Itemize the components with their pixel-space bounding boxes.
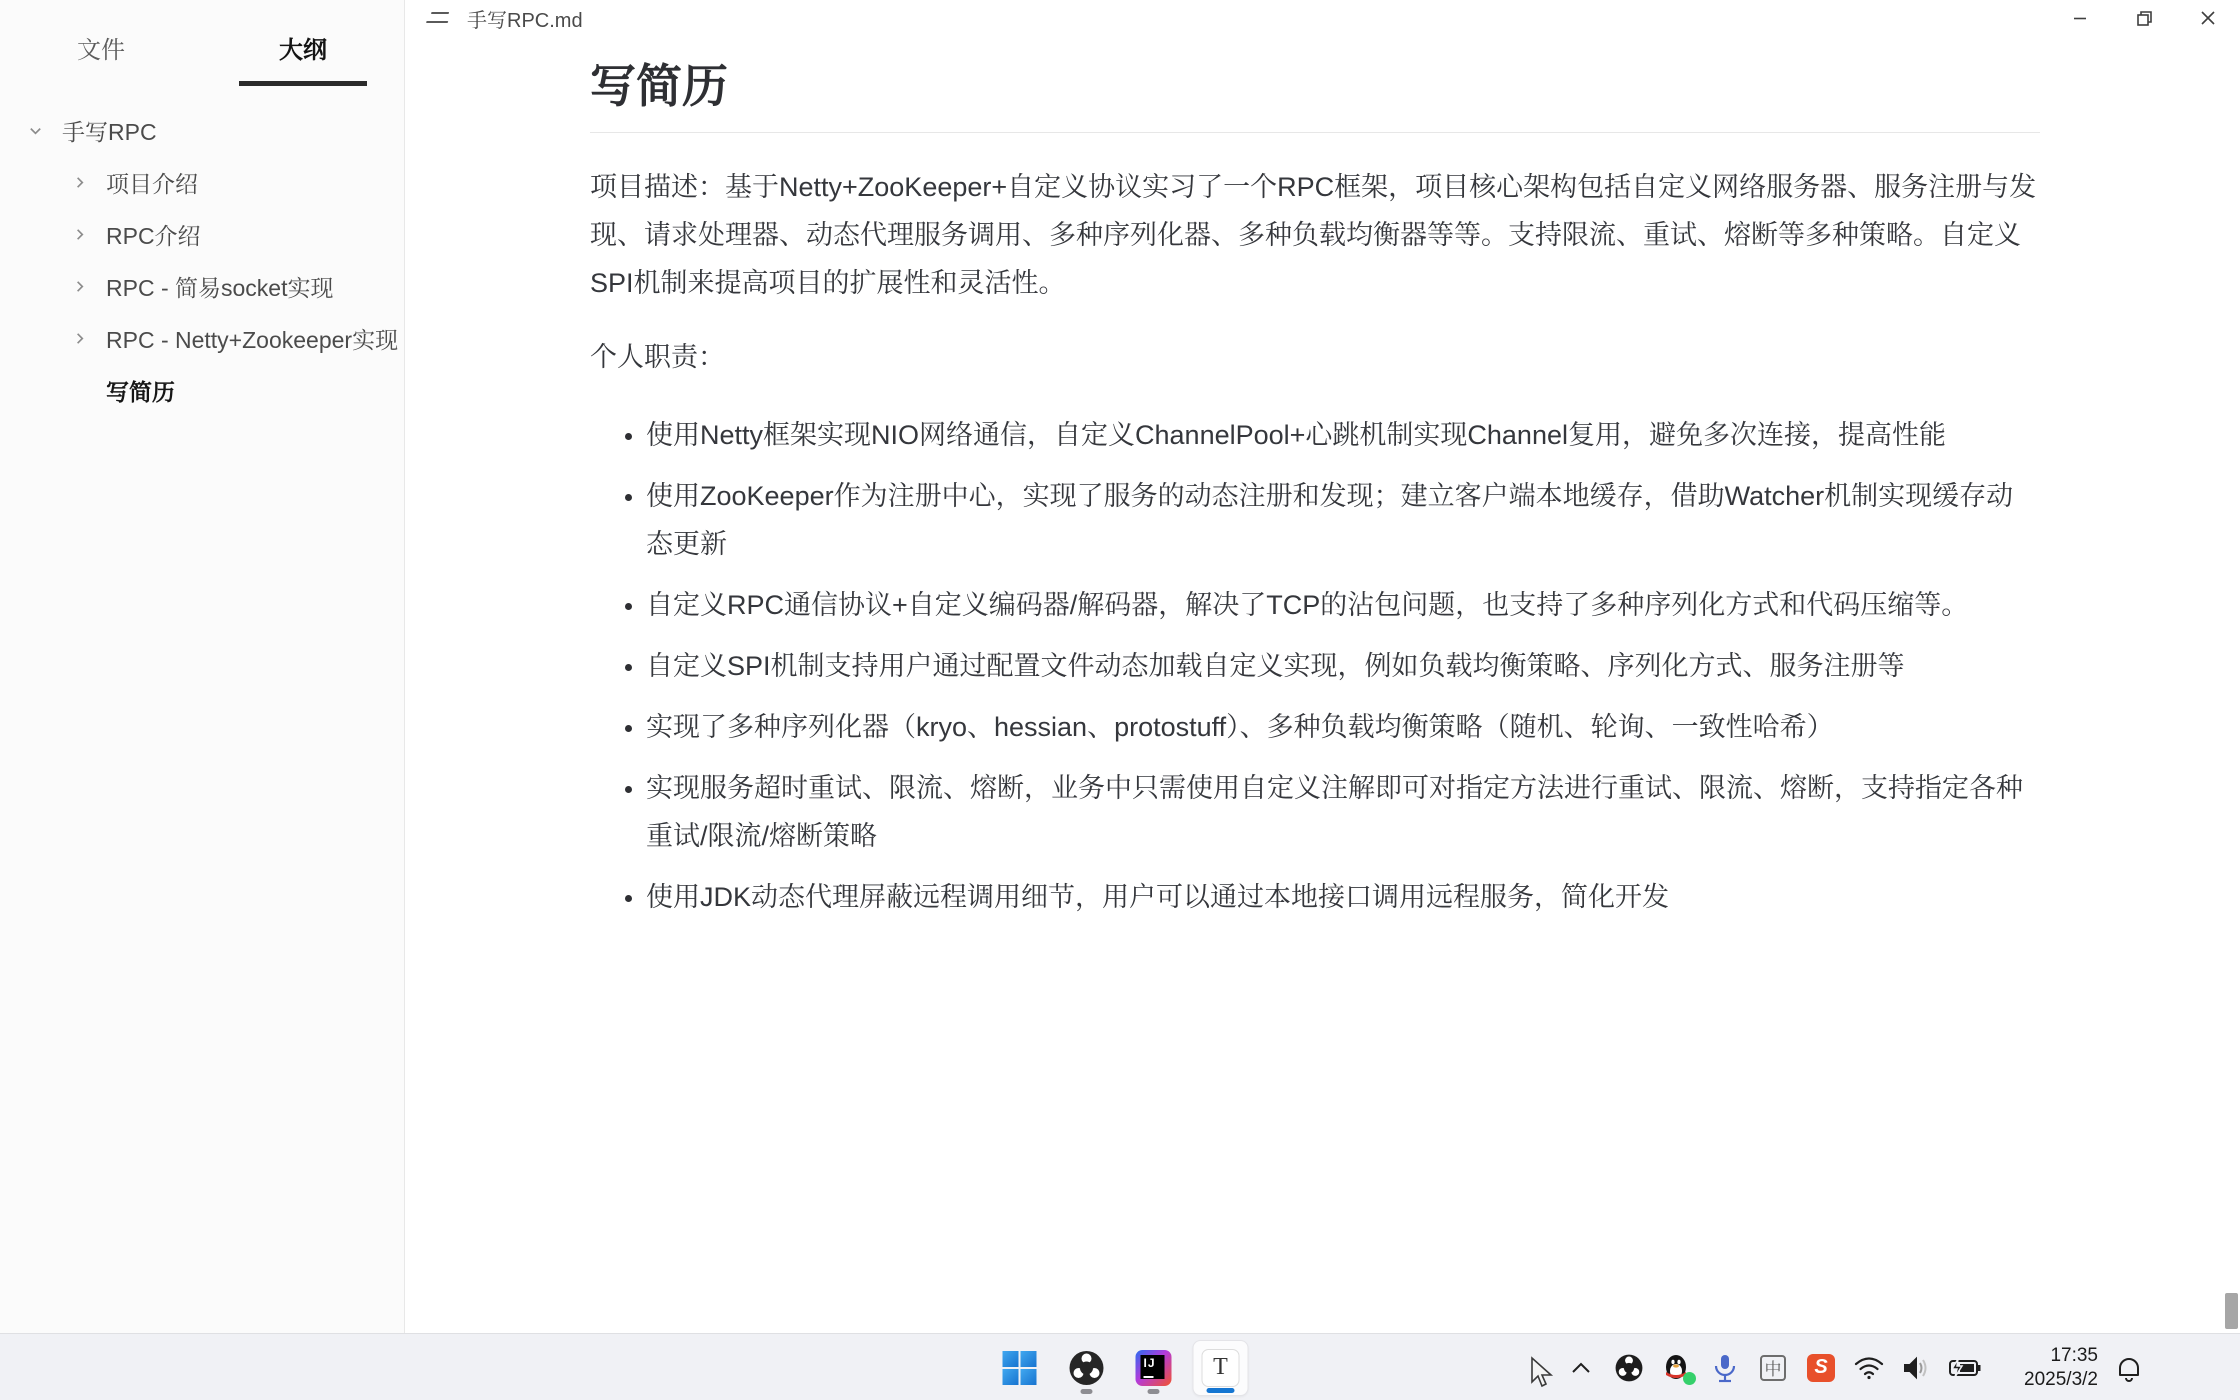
outline-item[interactable]: RPC介绍 — [0, 208, 404, 260]
system-tray: 中 S — [1550, 1334, 2146, 1400]
mouse-cursor — [1528, 1356, 1560, 1397]
hidden-icons-chevron-icon[interactable] — [1564, 1351, 1598, 1385]
tab-files-label: 文件 — [0, 30, 202, 65]
running-indicator — [1081, 1389, 1093, 1394]
typora-icon: T — [1202, 1349, 1240, 1387]
sogou-pinyin-icon[interactable]: S — [1804, 1351, 1838, 1385]
tab-files-underline — [37, 81, 165, 86]
tab-outline[interactable]: 大纲 — [202, 30, 404, 86]
outline-item-label: 写简历 — [106, 374, 175, 407]
bullet-item[interactable]: 使用Netty框架实现NIO网络通信，自定义ChannelPool+心跳机制实现… — [646, 411, 2040, 459]
menu-icon[interactable] — [425, 10, 454, 26]
qq-tray-icon[interactable] — [1660, 1351, 1694, 1385]
sidebar-tabs: 文件 大纲 — [0, 0, 404, 86]
main-panel: 手写RPC.md 写简历 项目描述：基于Netty+ZooKeeper+自定义协… — [405, 0, 2240, 1333]
typora-window: 文件 大纲 手写RPC 项目介绍 — [0, 0, 2240, 1333]
chevron-right-icon[interactable] — [70, 173, 88, 191]
outline-item-label: RPC - Netty+Zookeeper实现 — [106, 322, 398, 355]
bullet-item[interactable]: 自定义RPC通信协议+自定义编码器/解码器，解决了TCP的沾包问题，也支持了多种… — [646, 581, 2040, 629]
clock-date: 2025/3/2 — [2002, 1368, 2098, 1392]
chevron-right-icon[interactable] — [70, 329, 88, 347]
taskbar: IJ T — [0, 1333, 2240, 1400]
taskbar-typora-button[interactable]: T — [1193, 1340, 1249, 1396]
window-controls — [2048, 0, 2240, 36]
outline-item-current[interactable]: 写简历 — [0, 364, 404, 416]
outline-item-label: RPC - 简易socket实现 — [106, 270, 333, 303]
clock-time: 17:35 — [2002, 1344, 2098, 1368]
outline-item-label: RPC介绍 — [106, 218, 201, 251]
bullet-item[interactable]: 实现服务超时重试、限流、熔断，业务中只需使用自定义注解即可对指定方法进行重试、限… — [646, 764, 2040, 860]
outline-item[interactable]: RPC - 简易socket实现 — [0, 260, 404, 312]
microphone-tray-icon[interactable] — [1708, 1351, 1742, 1385]
qq-online-status-dot — [1683, 1372, 1696, 1385]
minimize-button[interactable] — [2048, 0, 2112, 36]
tab-outline-underline — [239, 81, 367, 86]
taskbar-idea-button[interactable]: IJ — [1126, 1340, 1182, 1396]
doc-paragraph-duty[interactable]: 个人职责： — [590, 333, 2040, 381]
bullet-item[interactable]: 实现了多种序列化器（kryo、hessian、protostuff）、多种负载均… — [646, 703, 2040, 751]
bullet-item[interactable]: 使用ZooKeeper作为注册中心，实现了服务的动态注册和发现；建立客户端本地缓… — [646, 472, 2040, 568]
outline-item-label: 手写RPC — [62, 114, 157, 147]
start-button[interactable] — [992, 1340, 1048, 1396]
notification-bell-icon[interactable] — [2112, 1351, 2146, 1385]
chevron-down-icon[interactable] — [26, 121, 44, 139]
doc-paragraph-description[interactable]: 项目描述：基于Netty+ZooKeeper+自定义协议实习了一个RPC框架，项… — [590, 163, 2040, 307]
outline-item[interactable]: 项目介绍 — [0, 156, 404, 208]
doc-heading[interactable]: 写简历 — [590, 56, 2040, 133]
outline-item-root[interactable]: 手写RPC — [0, 104, 404, 156]
outline-tree: 手写RPC 项目介绍 RPC介绍 RPC - 简易socket实现 — [0, 104, 404, 416]
close-button[interactable] — [2176, 0, 2240, 36]
tab-outline-label: 大纲 — [202, 30, 404, 65]
ime-chinese-icon[interactable]: 中 — [1756, 1351, 1790, 1385]
windows-logo-icon — [1003, 1351, 1037, 1385]
taskbar-app-group: IJ T — [992, 1334, 1249, 1400]
chevron-right-icon[interactable] — [70, 277, 88, 295]
taskbar-clock[interactable]: 17:35 2025/3/2 — [2002, 1344, 2098, 1392]
bullet-item[interactable]: 使用JDK动态代理屏蔽远程调用细节，用户可以通过本地接口调用远程服务，简化开发 — [646, 873, 2040, 921]
intellij-idea-icon: IJ — [1136, 1350, 1172, 1386]
vertical-scrollbar-thumb[interactable] — [2225, 1293, 2238, 1329]
bullet-item[interactable]: 自定义SPI机制支持用户通过配置文件动态加载自定义实现，例如负载均衡策略、序列化… — [646, 642, 2040, 690]
running-indicator — [1148, 1389, 1160, 1394]
tab-files[interactable]: 文件 — [0, 30, 202, 86]
volume-icon[interactable] — [1900, 1351, 1934, 1385]
restore-button[interactable] — [2112, 0, 2176, 36]
doc-bullet-list: 使用Netty框架实现NIO网络通信，自定义ChannelPool+心跳机制实现… — [590, 411, 2040, 921]
outline-item[interactable]: RPC - Netty+Zookeeper实现 — [0, 312, 404, 364]
sidebar: 文件 大纲 手写RPC 项目介绍 — [0, 0, 405, 1333]
taskbar-obs-button[interactable] — [1059, 1340, 1115, 1396]
outline-item-label: 项目介绍 — [106, 166, 198, 199]
titlebar: 手写RPC.md — [405, 0, 2240, 36]
wifi-icon[interactable] — [1852, 1351, 1886, 1385]
chevron-right-icon[interactable] — [70, 225, 88, 243]
obs-tray-icon[interactable] — [1612, 1351, 1646, 1385]
obs-studio-icon — [1068, 1349, 1106, 1387]
chevron-placeholder — [70, 381, 88, 399]
battery-charging-icon[interactable] — [1948, 1351, 1982, 1385]
active-running-indicator — [1207, 1388, 1235, 1393]
window-title: 手写RPC.md — [467, 4, 583, 33]
editor-area[interactable]: 写简历 项目描述：基于Netty+ZooKeeper+自定义协议实习了一个RPC… — [405, 36, 2240, 1333]
